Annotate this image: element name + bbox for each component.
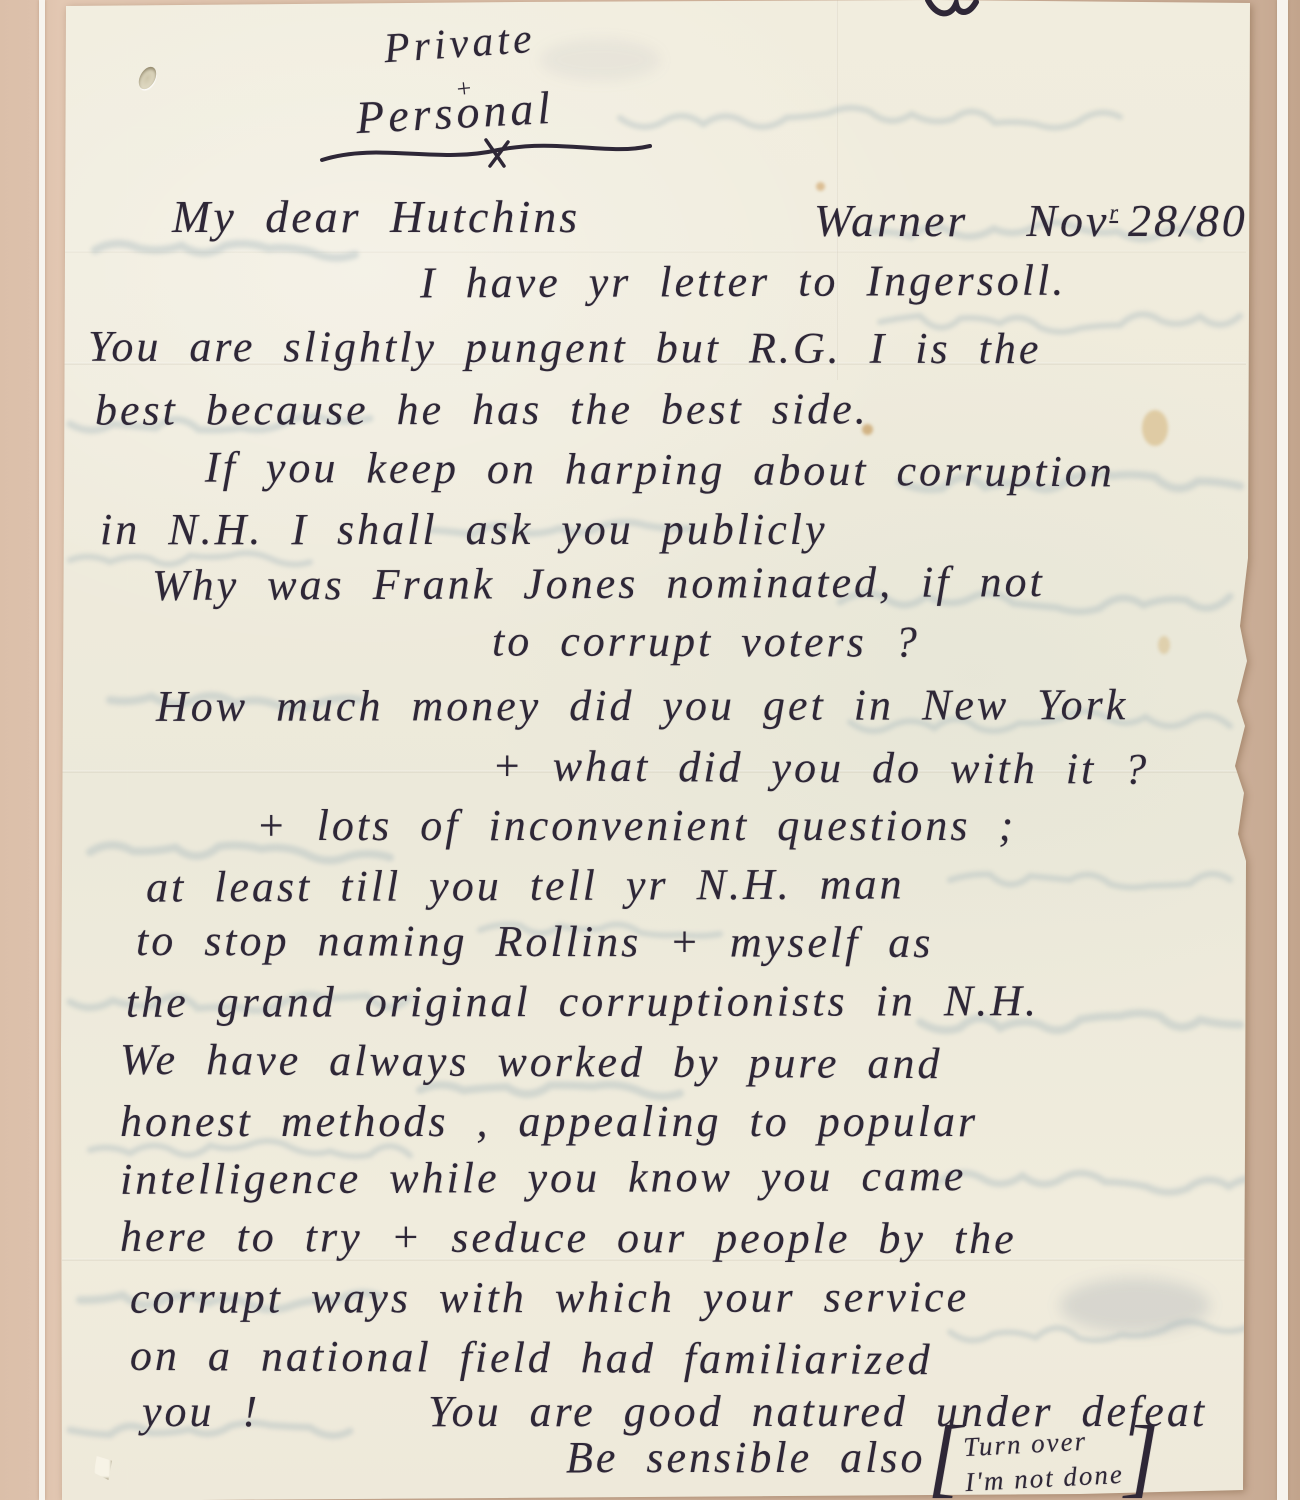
letter-line: intelligence while you know you came [120,1152,967,1203]
letter-line: + what did you do with it ? [492,742,1150,793]
closing-text: Be sensible also [566,1418,926,1483]
letter-scan: { "letter": { "header": { "privacy_line1… [0,0,1300,1500]
bracket-note-line2: I'm not done [964,1457,1124,1500]
letter-line: in N.H. I shall ask you publicly [100,506,828,554]
letter-line: honest methods , appealing to popular [120,1098,978,1146]
underline-flourish [318,136,658,170]
closing-row: Be sensible also [ Turn over I'm not don… [566,1418,1161,1499]
privacy-label-private: Private [383,17,537,73]
letter-line: corrupt ways with which your service [130,1273,969,1322]
privacy-label-personal: Personal [355,83,555,143]
letter-line: If you keep on harping about corruption [205,444,1115,496]
dateline-date: 28/80 [1128,195,1248,246]
letter-line: Why was Frank Jones nominated, if not [152,558,1045,609]
letter-line: I have yr letter to Ingersoll. [420,257,1067,307]
letter-ink-layer: Private + Personal WarnerNovr28/80 My de… [0,0,1300,1500]
dateline-superscript: r [1109,199,1118,224]
dateline-month: Nov [1026,195,1109,246]
bracket-note: Turn over I'm not done [962,1414,1125,1500]
letter-line: We have always worked by pure and [120,1036,943,1088]
salutation: My dear Hutchins [172,192,580,242]
letter-line: best because he has the best side. [95,385,869,434]
letter-line: You are slightly pungent but R.G. I is t… [88,323,1042,373]
letter-line: at least till you tell yr N.H. man [146,860,905,911]
close-bracket: ] [1125,1418,1159,1499]
letter-line: here to try + seduce our people by the [120,1213,1017,1263]
letter-line: on a national field had familiarized [130,1332,933,1384]
cutoff-ink-stroke [924,0,994,20]
open-bracket: [ [928,1418,962,1499]
letter-line: How much money did you get in New York [156,681,1128,730]
letter-line: to corrupt voters ? [492,617,920,666]
letter-line: the grand original corruptionists in N.H… [126,977,1039,1026]
dateline-place: Warner [814,195,968,246]
letter-line: to stop naming Rollins + myself as [136,917,934,967]
letter-line: + lots of inconvenient questions ; [256,802,1016,850]
